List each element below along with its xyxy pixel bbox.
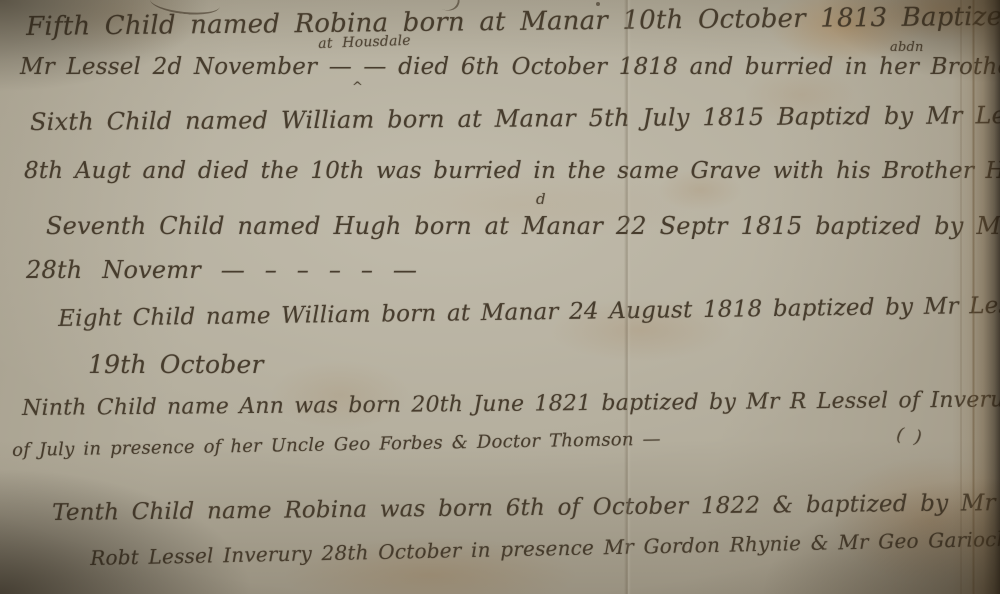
superscript-d: d xyxy=(536,190,546,208)
manuscript-line-2: Mr Lessel 2d November — — died 6th Octob… xyxy=(20,54,1000,80)
manuscript-line-12: Robt Lessel Inverury 28th October in pre… xyxy=(90,525,1000,570)
handwriting-layer: Fifth Child named Robina born at Manar 1… xyxy=(0,0,1000,594)
manuscript-line-3: Sixth Child named William born at Manar … xyxy=(30,101,1000,136)
superscript-abdn: abdn xyxy=(890,40,924,55)
manuscript-line-1: Fifth Child named Robina born at Manar 1… xyxy=(26,1,1000,42)
manuscript-line-9: Ninth Child name Ann was born 20th June … xyxy=(22,387,1000,421)
manuscript-line-4: 8th Augt and died the 10th was burried i… xyxy=(24,158,1000,184)
manuscript-line-5: Seventh Child named Hugh born at Manar 2… xyxy=(46,212,1000,240)
insertion-above-line-2: at Housdale xyxy=(318,33,411,52)
manuscript-photo: Fifth Child named Robina born at Manar 1… xyxy=(0,0,1000,594)
manuscript-line-11: Tenth Child name Robina was born 6th of … xyxy=(52,490,996,526)
manuscript-line-6: 28th Novemr — – – – – — xyxy=(26,256,417,284)
manuscript-line-7: Eight Child name William born at Manar 2… xyxy=(58,292,1000,332)
insertion-caret: ^ xyxy=(352,80,363,95)
paren-mark: ( ) xyxy=(895,424,923,448)
manuscript-line-10: of July in presence of her Uncle Geo For… xyxy=(12,429,661,461)
manuscript-line-8: 19th October xyxy=(88,350,264,379)
